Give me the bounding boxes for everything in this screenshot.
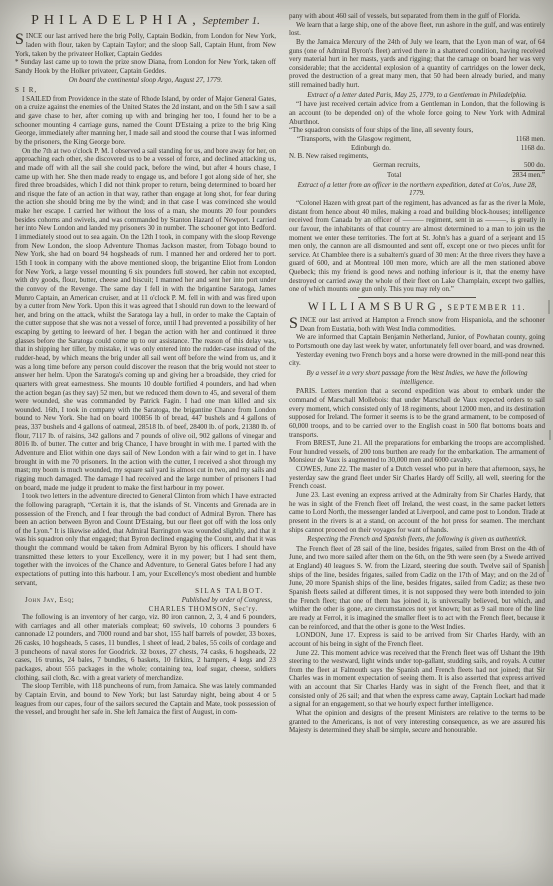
city-name: WILLIAMSBURG, <box>308 301 446 313</box>
drop-cap: S <box>289 316 300 330</box>
extract-paragraph: “Colonel Hazen with great part of the re… <box>289 199 545 294</box>
left-column: PHILADELPHIA, September 1. SINCE our las… <box>15 12 276 735</box>
two-column-layout: PHILADELPHIA, September 1. SINCE our las… <box>0 0 553 741</box>
dateline-date: September 1. <box>202 15 259 27</box>
letter-paragraph: I SAILED from Providence in the state of… <box>15 95 276 147</box>
scan-artifact <box>547 560 549 572</box>
news-paragraph-prize-snow: * Sunday last came up to town the prize … <box>15 58 276 75</box>
news-paragraph-ministers: What the opinion and designs of the pres… <box>289 709 545 735</box>
row-label: Edinburgh do. <box>289 144 483 153</box>
publication-line: John Jay, Esq; Published by order of Con… <box>15 596 276 605</box>
table-row: N. B. New raised regiments, <box>289 152 545 161</box>
published-by-order: Published by order of Congress, <box>182 596 272 605</box>
table-row: Edinburgh do. 1168 do. <box>289 144 545 153</box>
scan-artifact <box>548 300 550 314</box>
news-paragraph-june22: June 22. This moment advice was received… <box>289 649 545 709</box>
table-row-total: Total 2834 men.” <box>289 170 545 180</box>
paragraph-text: INCE our last arrived at Hampton a Frenc… <box>300 316 545 333</box>
section-divider <box>358 297 476 298</box>
secretary-signature: CHARLES THOMSON, Sec'ry. <box>15 605 276 614</box>
row-value: 1168 men. <box>483 135 545 144</box>
news-paragraph-paris: PARIS. Letters mention that a second exp… <box>289 387 545 439</box>
city-name: PHILADELPHIA, <box>31 13 201 28</box>
table-row: German recruits, 500 do. <box>289 161 545 170</box>
continued-paragraph: pany with about 460 sail of vessels, but… <box>289 12 545 21</box>
table-row: “The squadron consists of four ships of … <box>289 126 545 135</box>
news-paragraph-millpond: Yesterday evening two French boys and a … <box>289 351 545 368</box>
news-paragraph-sloop-terrible: The sloop Terrible, with 118 puncheons o… <box>15 682 276 717</box>
drop-cap: S <box>15 32 26 46</box>
extract-heading: Extract of a letter from an officer in t… <box>289 181 545 198</box>
news-paragraph-lost-ship: We learn that a large ship, one of the a… <box>289 21 545 38</box>
cargo-inventory-paragraph: The following is an inventory of her car… <box>15 613 276 682</box>
news-paragraph-netherland: We are informed that Captain Benjamin Ne… <box>289 333 545 350</box>
news-paragraph-cowes: COWES, June 22. The master of a Dutch ve… <box>289 465 545 491</box>
row-label: German recruits, <box>289 161 483 170</box>
dateline-date: SEPTEMBER 11. <box>447 303 526 312</box>
row-value: 2834 men.” <box>483 170 545 180</box>
table-row: “Transports, with the Glasgow regiment, … <box>289 135 545 144</box>
right-column: pany with about 460 sail of vessels, but… <box>289 12 545 735</box>
row-value: 500 do. <box>483 161 545 170</box>
letter-paragraph: On the 7th at two o'clock P. M. I observ… <box>15 147 276 493</box>
salutation: S I R, <box>15 86 276 95</box>
news-paragraph-hampton: SINCE our last arrived at Hampton a Fren… <box>289 316 545 333</box>
extract-paragraph: “I have just received certain advice fro… <box>289 100 545 126</box>
extract-heading: Extract of a letter dated Paris, May 25,… <box>289 91 545 100</box>
news-paragraph-lyon: By the Jamaica Mercury of the 24th of Ju… <box>289 38 545 90</box>
news-paragraph-fleets: The French fleet of 28 sail of the line,… <box>289 545 545 631</box>
squadron-table: “The squadron consists of four ships of … <box>289 126 545 179</box>
row-label: “The squadron consists of four ships of … <box>289 126 483 135</box>
row-label: N. B. New raised regiments, <box>289 152 483 161</box>
intelligence-heading: By a vessel in a very short passage from… <box>289 369 545 386</box>
letter-dateline: On board the continental sloop Argo, Aug… <box>15 76 276 85</box>
addressee: John Jay, Esq; <box>25 596 74 605</box>
row-value: 1168 do. <box>483 144 545 153</box>
row-label: Total <box>289 171 483 180</box>
row-label: “Transports, with the Glasgow regiment, <box>289 135 483 144</box>
news-paragraph-arrivals: SINCE our last arrived here the brig Pol… <box>15 32 276 58</box>
dateline-williamsburg: WILLIAMSBURG, SEPTEMBER 11. <box>289 300 545 314</box>
letter-paragraph: I took two letters in the adventure dire… <box>15 492 276 587</box>
newspaper-page: PHILADELPHIA, September 1. SINCE our las… <box>0 0 553 886</box>
paragraph-text: INCE our last arrived here the brig Poll… <box>15 32 276 57</box>
signature: SILAS TALBOT. <box>15 587 276 596</box>
fleets-heading: Respecting the French and Spanish fleets… <box>289 535 545 544</box>
scan-artifact <box>549 430 551 440</box>
total-value: 2834 men.” <box>512 170 545 180</box>
news-paragraph-june23: June 23. Last evening an express arrived… <box>289 491 545 534</box>
dateline-philadelphia: PHILADELPHIA, September 1. <box>15 12 276 29</box>
news-paragraph-london17: LONDON, June 17. Express is said to be a… <box>289 631 545 648</box>
news-paragraph-brest: From BREST, June 21. All the preparation… <box>289 439 545 465</box>
